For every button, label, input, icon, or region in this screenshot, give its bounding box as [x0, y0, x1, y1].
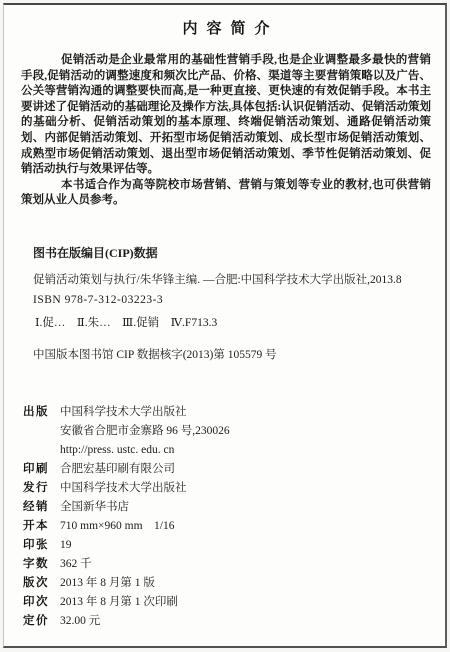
publication-value: 中国科学技术大学出版社 安徽省合肥市金寨路 96 号,230026 http:/… — [60, 403, 230, 460]
sheets-value: 19 — [60, 536, 72, 555]
publication-value: 合肥宏基印刷有限公司 — [60, 460, 175, 479]
summary-paragraph: 促销活动是企业最常用的基础性营销手段,也是企业调整最多最快的营销手段,促销活动的… — [21, 53, 431, 178]
publication-value: 中国科学技术大学出版社 — [60, 479, 187, 498]
publication-row: 印次 2013 年 8 月第 1 次印刷 — [23, 593, 433, 612]
printer-name: 合肥宏基印刷有限公司 — [60, 460, 175, 479]
cip-data-section: 图书在版编目(CIP)数据 促销活动策划与执行/朱华锋主编. —合肥:中国科学技… — [33, 245, 435, 363]
publication-label: 字数 — [23, 555, 60, 574]
cip-record-number: 中国版本图书馆 CIP 数据核字(2013)第 105579 号 — [33, 347, 435, 363]
distributor-name: 中国科学技术大学出版社 — [60, 479, 187, 498]
publication-value: 19 — [60, 536, 72, 555]
summary-paragraph: 本书适合作为高等院校市场营销、营销与策划等专业的教材,也可供营销策划从业人员参考… — [21, 178, 431, 209]
publication-label: 经销 — [23, 498, 60, 517]
publication-value: 710 mm×960 mm 1/16 — [60, 517, 174, 536]
publisher-address: 安徽省合肥市金寨路 96 号,230026 — [60, 422, 230, 441]
edition-value: 2013 年 8 月第 1 版 — [60, 574, 155, 593]
isbn-line: ISBN 978-7-312-03223-3 — [33, 292, 435, 308]
publication-row: 开本 710 mm×960 mm 1/16 — [23, 517, 433, 536]
publication-label: 印张 — [23, 536, 60, 555]
publication-label: 发行 — [23, 479, 60, 498]
cip-entry: 促销活动策划与执行/朱华锋主编. —合肥:中国科学技术大学出版社,2013.8 — [33, 272, 435, 288]
publication-label: 出版 — [23, 403, 60, 422]
publisher-name: 中国科学技术大学出版社 — [60, 403, 230, 422]
word-count-value: 362 千 — [60, 555, 92, 574]
publication-row: 字数 362 千 — [23, 555, 433, 574]
cip-classification: Ⅰ.促… Ⅱ.朱… Ⅲ.促销 Ⅳ.F713.3 — [35, 315, 435, 331]
publication-value: 362 千 — [60, 555, 92, 574]
publication-row: 印刷 合肥宏基印刷有限公司 — [23, 460, 433, 479]
publication-row: 定价 32.00 元 — [23, 612, 433, 631]
publication-value: 全国新华书店 — [60, 498, 129, 517]
publication-label: 开本 — [23, 517, 60, 536]
publication-row: 发行 中国科学技术大学出版社 — [23, 479, 433, 498]
publication-row: 版次 2013 年 8 月第 1 版 — [23, 574, 433, 593]
publication-info-section: 出版 中国科学技术大学出版社 安徽省合肥市金寨路 96 号,230026 htt… — [23, 403, 433, 631]
publisher-url: http://press. ustc. edu. cn — [60, 441, 230, 460]
retailer-name: 全国新华书店 — [60, 498, 129, 517]
publication-value: 2013 年 8 月第 1 版 — [60, 574, 155, 593]
price-value: 32.00 元 — [60, 612, 100, 631]
publication-label: 印次 — [23, 593, 60, 612]
impression-value: 2013 年 8 月第 1 次印刷 — [60, 593, 178, 612]
publication-value: 2013 年 8 月第 1 次印刷 — [60, 593, 178, 612]
publication-row: 出版 中国科学技术大学出版社 安徽省合肥市金寨路 96 号,230026 htt… — [23, 403, 433, 460]
publication-row: 印张 19 — [23, 536, 433, 555]
content-summary-section: 内容简介 促销活动是企业最常用的基础性营销手段,也是企业调整最多最快的营销手段,… — [21, 18, 431, 209]
book-copyright-page: 内容简介 促销活动是企业最常用的基础性营销手段,也是企业调整最多最快的营销手段,… — [3, 3, 447, 648]
content-summary-title: 内容简介 — [21, 18, 431, 40]
publication-value: 32.00 元 — [60, 612, 100, 631]
format-value: 710 mm×960 mm 1/16 — [60, 517, 174, 536]
cip-heading: 图书在版编目(CIP)数据 — [33, 245, 435, 261]
publication-label: 印刷 — [23, 460, 60, 479]
publication-label: 版次 — [23, 574, 60, 593]
publication-label: 定价 — [23, 612, 60, 631]
publication-row: 经销 全国新华书店 — [23, 498, 433, 517]
